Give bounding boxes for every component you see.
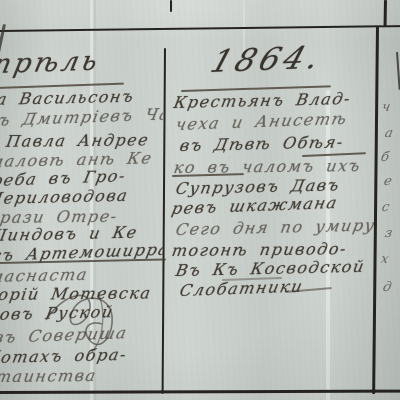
- handwritten-line: чеха и Анисетѣ: [174, 109, 350, 134]
- middle-column: Крестьянъ Влад- чеха и Анисетѣ въ Дѣвѣ О…: [166, 90, 377, 305]
- cutoff-letter: з: [383, 226, 393, 241]
- cutoff-letter: а: [383, 126, 394, 141]
- cutoff-letter: х: [380, 252, 390, 267]
- pen-flourish: [38, 286, 138, 358]
- handwritten-line: маснаста: [0, 265, 90, 286]
- cutoff-letter: ч: [380, 100, 391, 115]
- handwritten-line: таинства: [0, 366, 98, 386]
- cutoff-letter: с: [380, 200, 390, 215]
- handwritten-line: у Павла Андрее: [0, 130, 151, 151]
- handwritten-line: Сего дня по умиру: [174, 215, 377, 239]
- cutoff-letter: е: [382, 174, 393, 189]
- right-edge-column: ч а б е с з х д: [380, 95, 400, 295]
- top-stub-line: [384, 0, 387, 27]
- top-stub-line: [170, 0, 172, 12]
- handwritten-line: въ Дѣвѣ Обѣя-: [178, 132, 346, 155]
- cutoff-letter: б: [380, 150, 391, 165]
- cutoff-letter: д: [381, 280, 392, 295]
- handwritten-line: Мериловодова: [0, 186, 130, 208]
- year-heading: 1864.: [206, 40, 328, 80]
- scanned-register-page: { "page": { "month_heading": "Апрѣль", "…: [0, 0, 400, 400]
- month-heading: Апрѣль: [0, 46, 103, 81]
